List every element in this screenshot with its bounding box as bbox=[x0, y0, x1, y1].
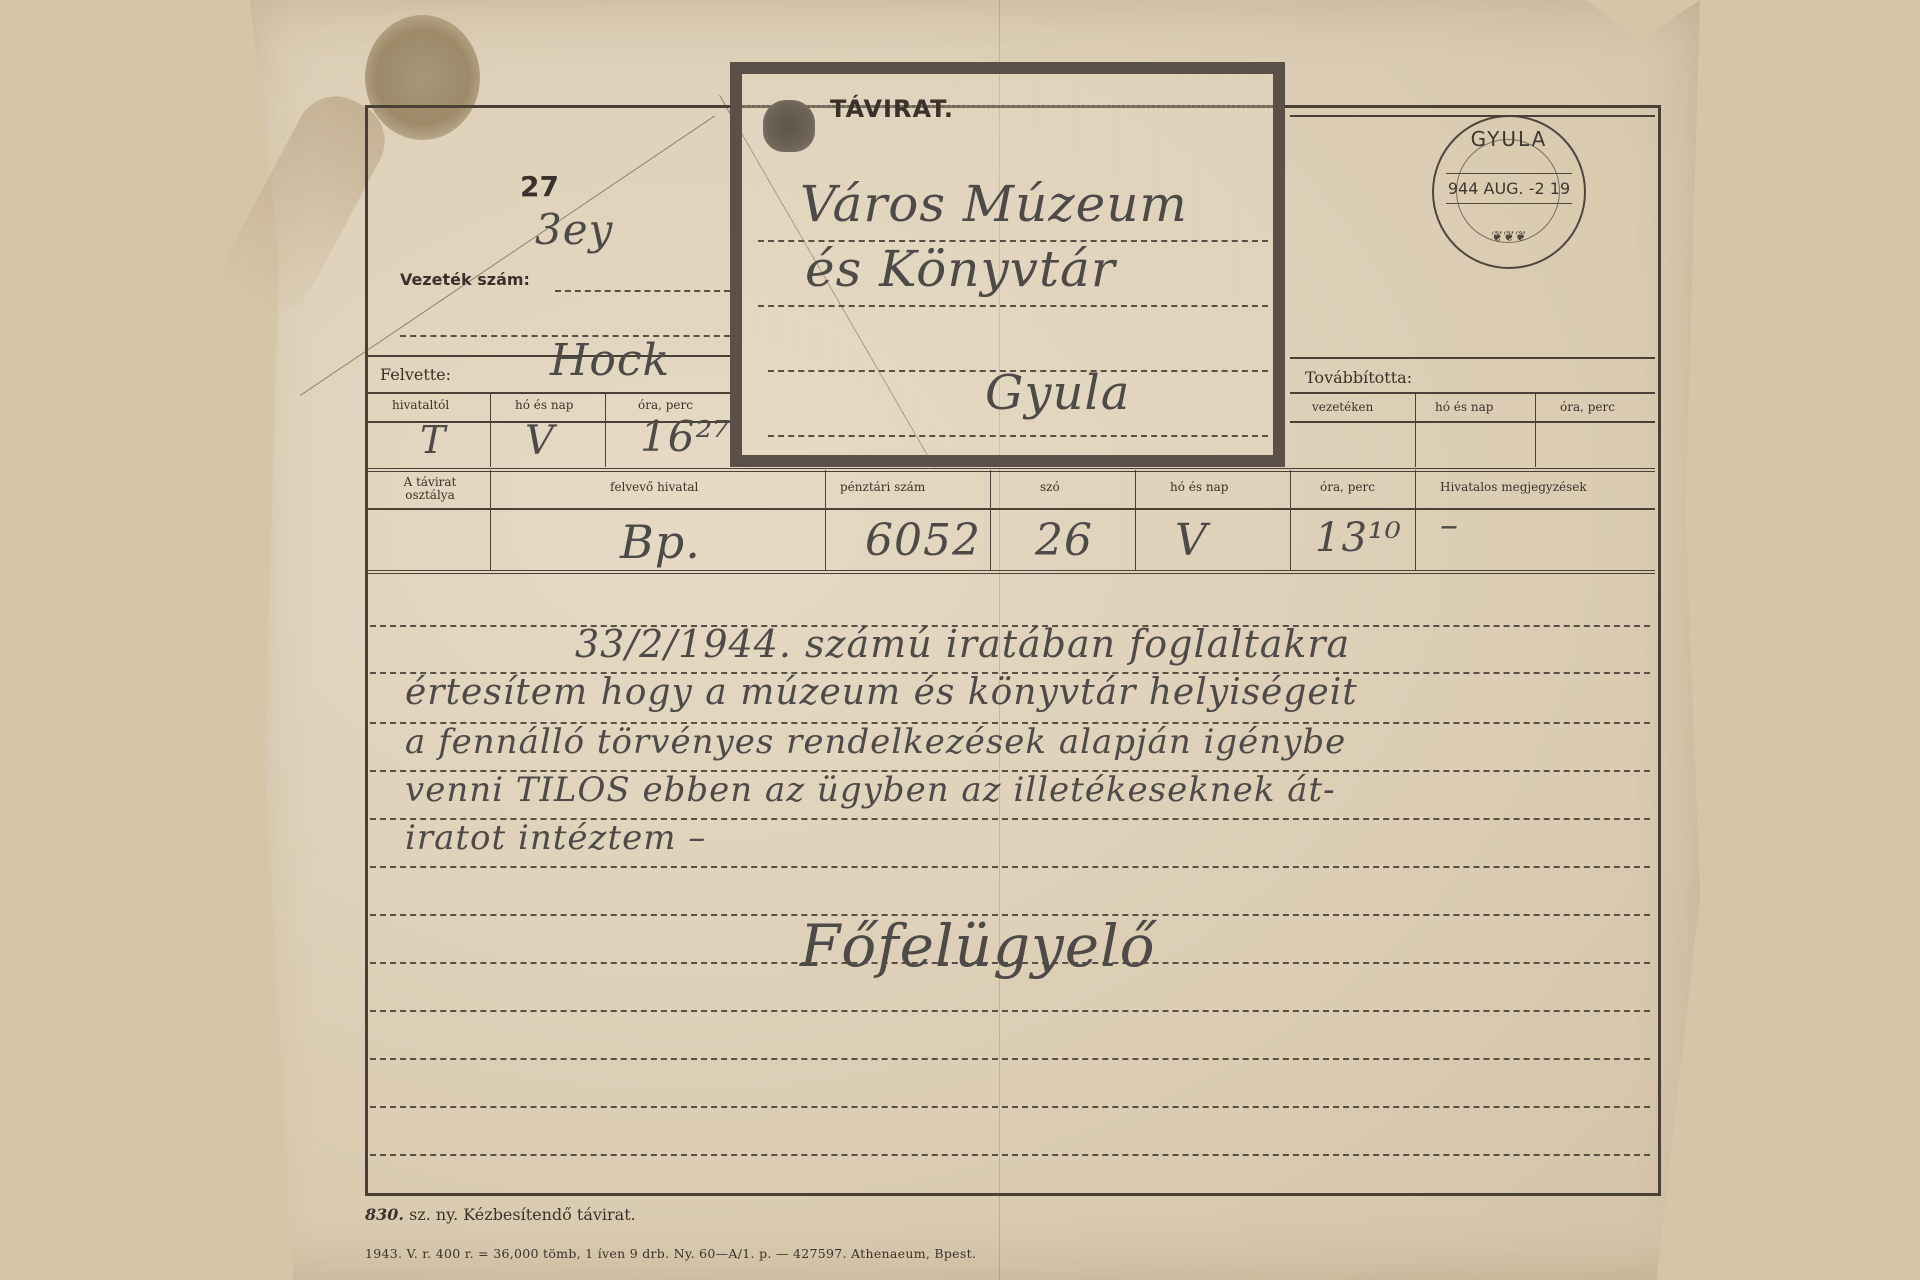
signature: Főfelügyelő bbox=[800, 912, 1156, 980]
postmark-stamp: GYULA 944 AUG. -2 19 ❦❦❦ bbox=[1432, 115, 1586, 269]
address-line-2: és Könyvtár bbox=[805, 240, 1116, 298]
col-divider bbox=[1535, 392, 1536, 467]
rule bbox=[1290, 357, 1655, 359]
handwritten-info-time: 13¹⁰ bbox=[1315, 515, 1402, 561]
message-line-5: iratot intéztem – bbox=[405, 818, 706, 858]
handwritten-info-date: V bbox=[1175, 515, 1208, 566]
col-divider bbox=[1135, 470, 1136, 570]
handwritten-time: 16²⁷ bbox=[640, 412, 731, 461]
label-felvette: Felvette: bbox=[380, 365, 451, 384]
rule bbox=[1290, 392, 1655, 394]
message-line bbox=[370, 1154, 1650, 1156]
message-line bbox=[370, 1010, 1650, 1012]
col-divider bbox=[825, 470, 826, 570]
col-ho-es-nap-fwd: hó és nap bbox=[1435, 400, 1493, 414]
col-penztari-szam: pénztári szám bbox=[840, 480, 925, 494]
handwritten-month-day: V bbox=[525, 418, 555, 464]
dotted-line bbox=[555, 290, 730, 292]
postmark-town: GYULA bbox=[1434, 127, 1584, 151]
message-line bbox=[370, 866, 1650, 868]
serial-number: 27 bbox=[520, 170, 559, 203]
message-line bbox=[370, 1106, 1650, 1108]
rule-double bbox=[368, 570, 1655, 574]
message-line-1: 33/2/1944. számú iratában foglaltakra bbox=[575, 622, 1350, 666]
form-footer-title: 830. sz. ny. Kézbesítendő távirat. bbox=[365, 1205, 636, 1224]
rule bbox=[368, 392, 733, 394]
col-ora-perc-info: óra, perc bbox=[1320, 480, 1375, 494]
col-szo: szó bbox=[1040, 480, 1060, 494]
label-tovabbitotta: Továbbította: bbox=[1305, 368, 1412, 387]
col-divider bbox=[990, 470, 991, 570]
handwritten-origin-office: Bp. bbox=[620, 515, 701, 569]
col-divider bbox=[1290, 470, 1291, 570]
rule-double bbox=[368, 468, 1655, 472]
col-tavirat-osztalya: A távirat osztálya bbox=[380, 476, 480, 502]
address-line bbox=[768, 435, 1268, 437]
message-line-4: venni TILOS ebben az ügyben az illetékes… bbox=[405, 770, 1336, 810]
crown-crest-icon bbox=[763, 100, 815, 152]
handwritten-remarks: – bbox=[1440, 505, 1459, 546]
handwritten-received-by: Hock bbox=[550, 335, 670, 386]
print-info: 1943. V. r. 400 r. = 36,000 tömb, 1 íven… bbox=[365, 1246, 976, 1261]
col-divider bbox=[490, 392, 491, 467]
col-ho-es-nap-info: hó és nap bbox=[1170, 480, 1228, 494]
rule bbox=[1290, 115, 1655, 117]
message-line-2: értesítem hogy a múzeum és könyvtár hely… bbox=[405, 672, 1358, 713]
handwritten-wire-number: 3ey bbox=[535, 205, 613, 254]
postmark-bar bbox=[1446, 203, 1572, 204]
col-hivataltol: hivataltól bbox=[392, 398, 449, 412]
col-divider bbox=[490, 470, 491, 570]
form-number: 830. bbox=[365, 1205, 404, 1224]
label-vezetek-szam: Vezeték szám: bbox=[400, 270, 530, 289]
message-line bbox=[370, 1058, 1650, 1060]
col-divider bbox=[1415, 470, 1416, 570]
form-title: TÁVIRAT. bbox=[830, 95, 954, 123]
col-ho-es-nap: hó és nap bbox=[515, 398, 573, 412]
col-vezeteken: vezetéken bbox=[1312, 400, 1373, 414]
address-line-3: Gyula bbox=[985, 365, 1130, 421]
col-ora-perc-fwd: óra, perc bbox=[1560, 400, 1615, 414]
address-line bbox=[758, 305, 1268, 307]
col-divider bbox=[1415, 392, 1416, 467]
postmark-date: 944 AUG. -2 19 bbox=[1434, 179, 1584, 198]
col-ora-perc: óra, perc bbox=[638, 398, 693, 412]
col-divider bbox=[605, 392, 606, 467]
handwritten-cash-number: 6052 bbox=[865, 515, 981, 566]
handwritten-word-count: 26 bbox=[1035, 515, 1093, 566]
form-label: sz. ny. Kézbesítendő távirat. bbox=[409, 1205, 636, 1224]
rule bbox=[1290, 421, 1655, 423]
message-line-3: a fennálló törvényes rendelkezések alapj… bbox=[405, 722, 1346, 762]
address-line-1: Város Múzeum bbox=[800, 175, 1188, 233]
postmark-ornament: ❦❦❦ bbox=[1434, 229, 1584, 245]
col-felvevo-hivatal: felvevő hivatal bbox=[610, 480, 698, 494]
rule bbox=[368, 508, 1655, 510]
postmark-bar bbox=[1446, 173, 1572, 174]
handwritten-office: T bbox=[420, 418, 446, 462]
col-hivatalos-megjegyzesek: Hivatalos megjegyzések bbox=[1440, 480, 1587, 494]
